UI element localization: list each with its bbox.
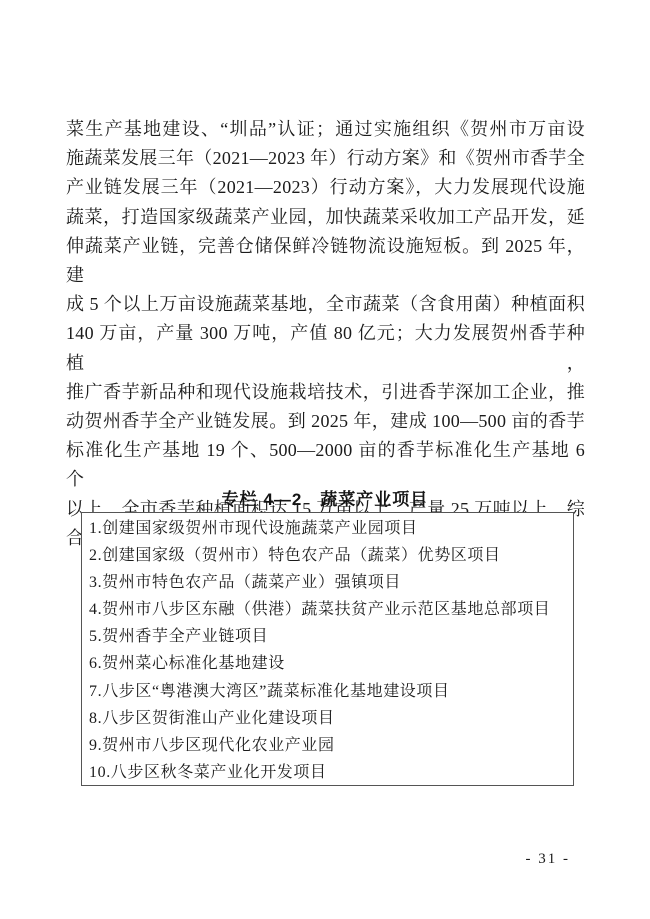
project-item: 7.八步区“粤港澳大湾区”蔬菜标准化基地建设项目 xyxy=(89,678,573,705)
project-item: 3.贺州市特色农产品（蔬菜产业）强镇项目 xyxy=(89,569,573,596)
panel-heading: 专栏 4—2 蔬菜产业项目 xyxy=(0,485,650,510)
page-number: - 31 - xyxy=(526,851,571,868)
project-item: 9.贺州市八步区现代化农业产业园 xyxy=(89,732,573,759)
paragraph-line: 蔬菜，打造国家级蔬菜产业园，加快蔬菜采收加工产品开发，延 xyxy=(66,203,585,232)
project-item: 1.创建国家级贺州市现代设施蔬菜产业园项目 xyxy=(89,515,573,542)
paragraph-line: 动贺州香芋全产业链发展。到 2025 年，建成 100—500 亩的香芋 xyxy=(66,407,585,436)
project-item: 8.八步区贺街淮山产业化建设项目 xyxy=(89,705,573,732)
project-item: 5.贺州香芋全产业链项目 xyxy=(89,623,573,650)
paragraph-line: 伸蔬菜产业链，完善仓储保鲜冷链物流设施短板。到 2025 年，建 xyxy=(66,232,585,290)
paragraph-line: 菜生产基地建设、“圳品”认证；通过实施组织《贺州市万亩设 xyxy=(66,115,585,144)
paragraph-line: 140 万亩，产量 300 万吨，产值 80 亿元；大力发展贺州香芋种植， xyxy=(66,319,585,377)
paragraph-line: 施蔬菜发展三年（2021—2023 年）行动方案》和《贺州市香芋全 xyxy=(66,144,585,173)
paragraph-line: 成 5 个以上万亩设施蔬菜基地，全市蔬菜（含食用菌）种植面积 xyxy=(66,290,585,319)
project-item: 6.贺州菜心标准化基地建设 xyxy=(89,650,573,677)
project-item: 4.贺州市八步区东融（供港）蔬菜扶贫产业示范区基地总部项目 xyxy=(89,596,573,623)
paragraph-line: 推广香芋新品种和现代设施栽培技术，引进香芋深加工企业，推 xyxy=(66,378,585,407)
project-item: 2.创建国家级（贺州市）特色农产品（蔬菜）优势区项目 xyxy=(89,542,573,569)
paragraph-line: 产业链发展三年（2021—2023）行动方案》，大力发展现代设施 xyxy=(66,173,585,202)
document-page: 菜生产基地建设、“圳品”认证；通过实施组织《贺州市万亩设 施蔬菜发展三年（202… xyxy=(0,0,650,919)
project-panel: 1.创建国家级贺州市现代设施蔬菜产业园项目 2.创建国家级（贺州市）特色农产品（… xyxy=(81,512,574,786)
project-item: 10.八步区秋冬菜产业化开发项目 xyxy=(89,759,573,786)
